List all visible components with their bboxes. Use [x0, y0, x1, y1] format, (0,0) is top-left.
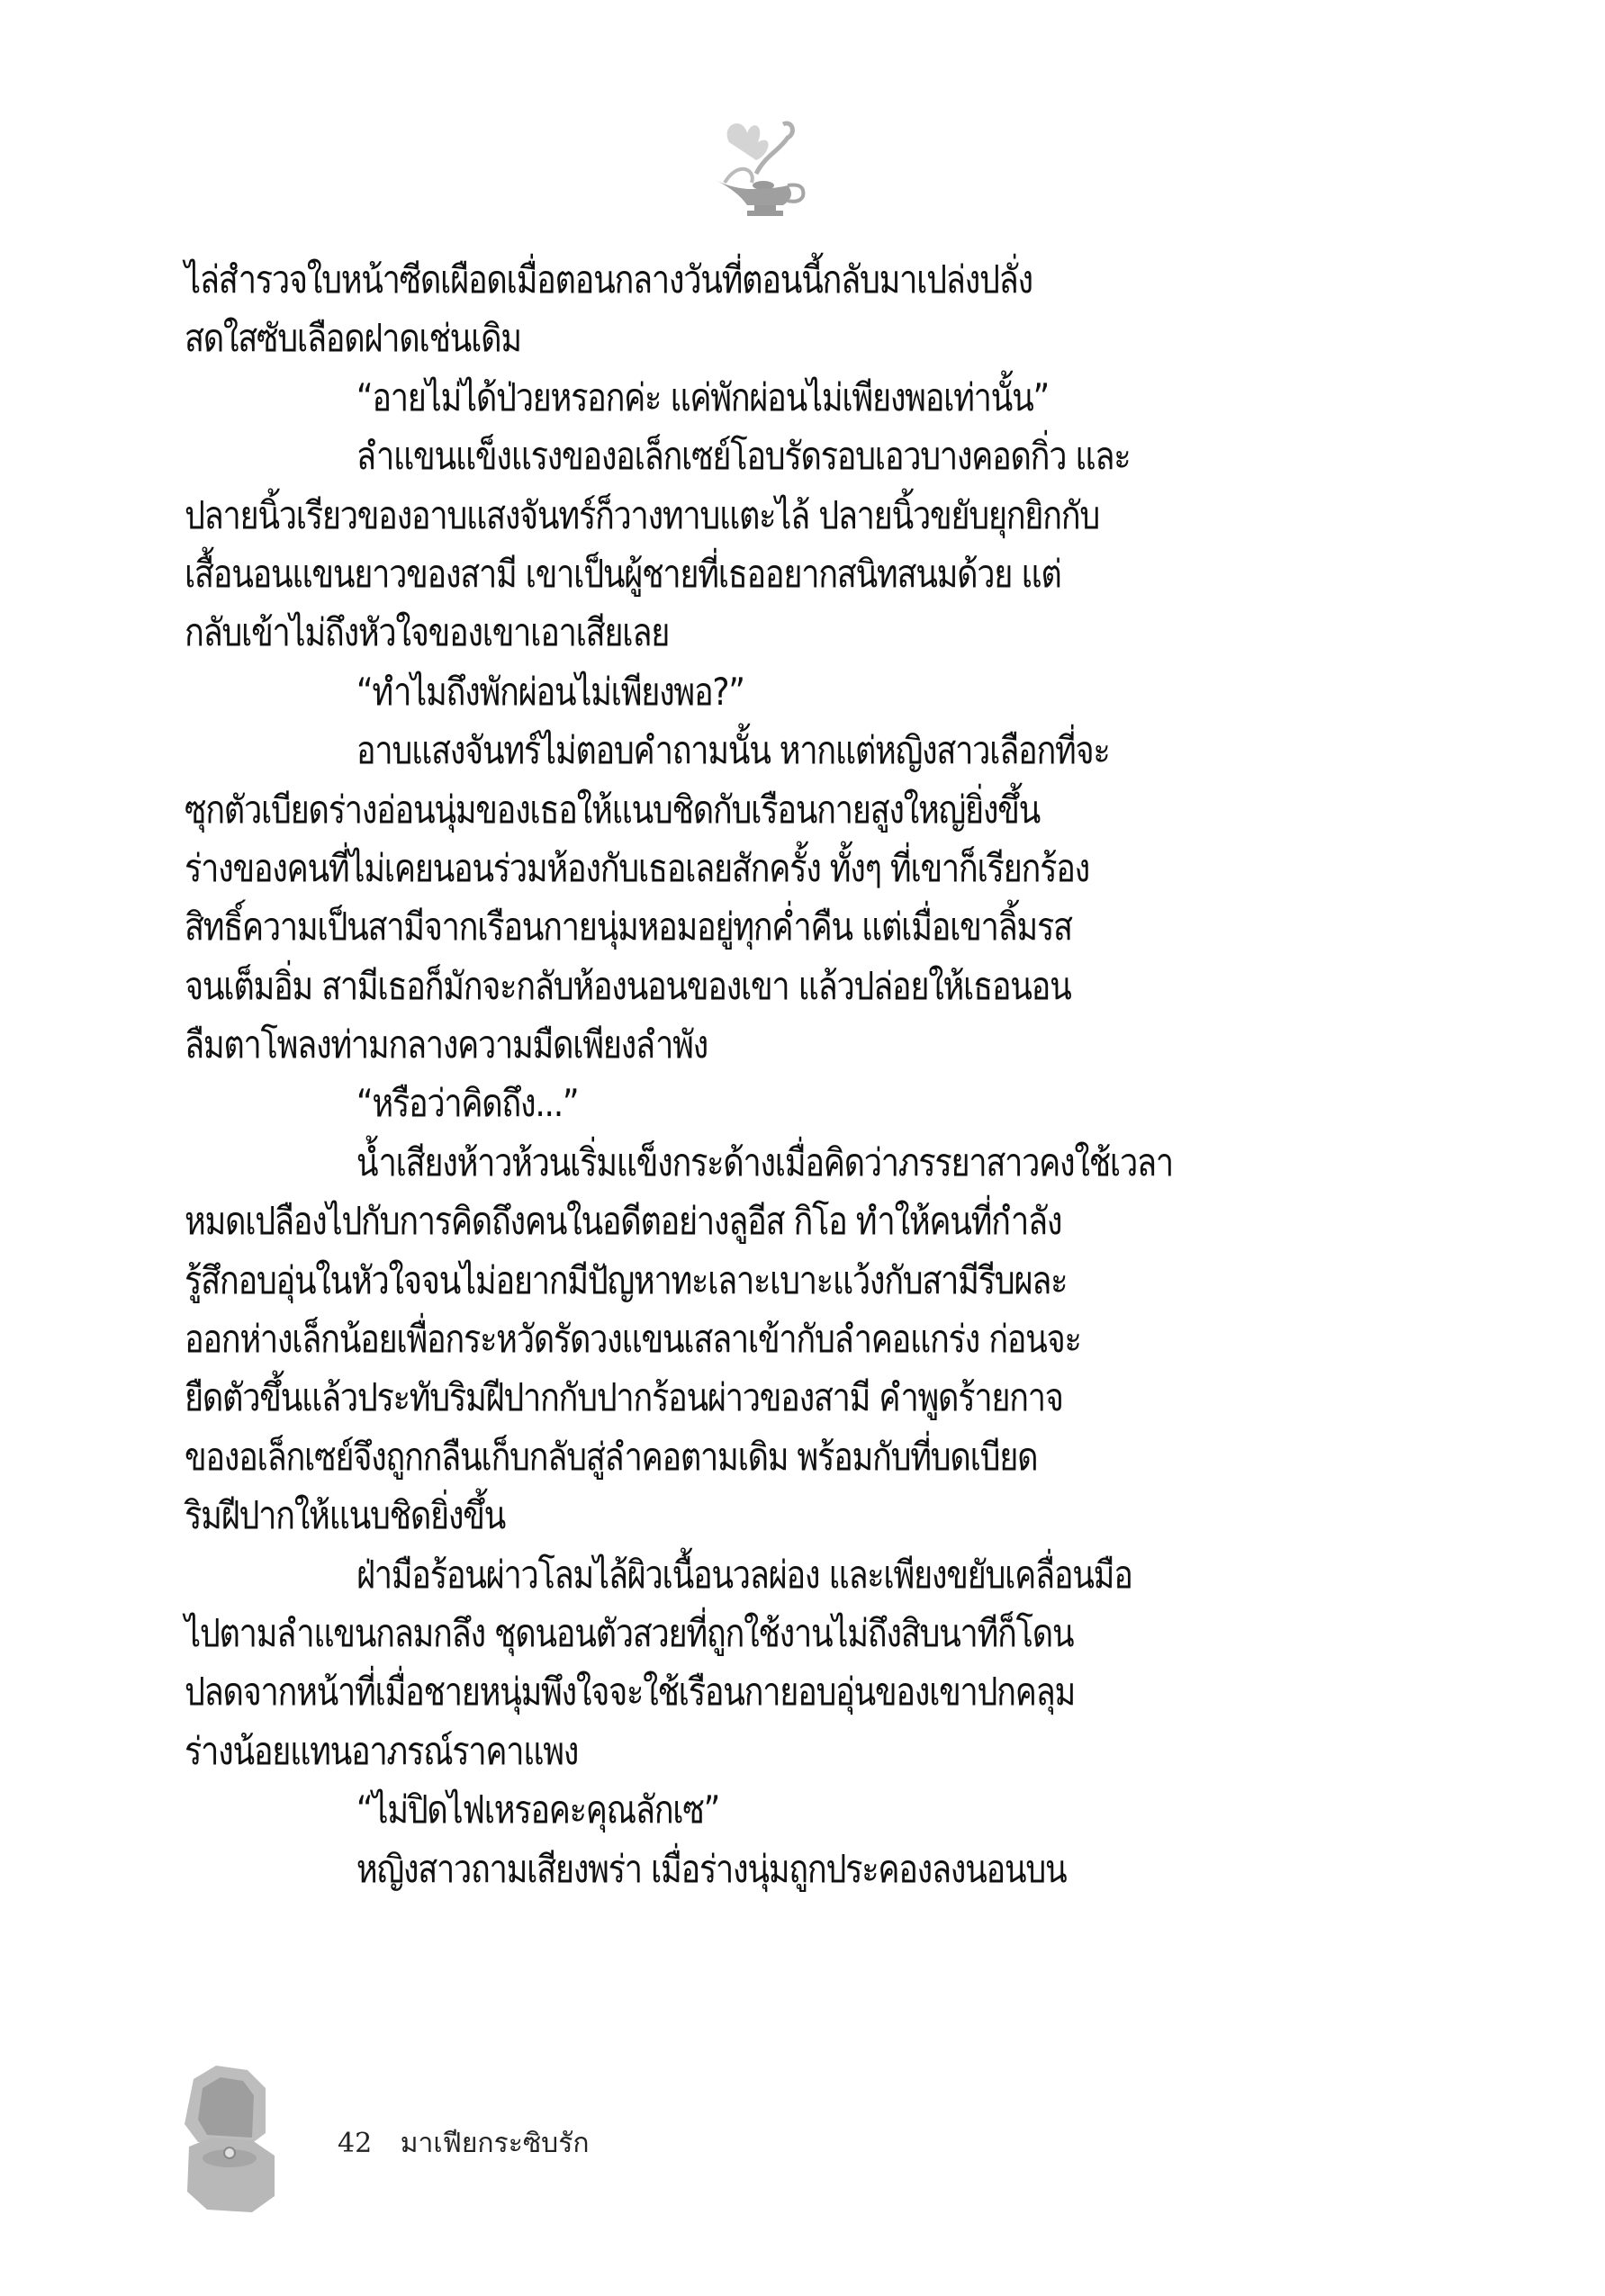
magic-lamp-icon — [702, 106, 819, 223]
ring-box-icon — [180, 2061, 279, 2214]
text-line: ลำแขนแข็งแรงของอเล็กเซย์โอบรัดรอบเอวบางค… — [185, 427, 1176, 485]
text-line: สิทธิ์ความเป็นสามีจากเรือนกายนุ่มหอมอยู่… — [185, 897, 1176, 956]
dialogue-line: “หรือว่าคิดถึง...” — [185, 1074, 1176, 1132]
text-line: ของอเล็กเซย์จึงถูกกลืนเก็บกลับสู่ลำคอตาม… — [185, 1427, 1176, 1486]
text-line: อาบแสงจันทร์ไม่ตอบคำถามนั้น หากแต่หญิงสา… — [185, 721, 1176, 779]
text-line: ออกห่างเล็กน้อยเพื่อกระหวัดรัดวงแขนเสลาเ… — [185, 1310, 1176, 1368]
page-number: 42 — [338, 2128, 372, 2159]
text-line: ยืดตัวขึ้นแล้วประทับริมฝีปากกับปากร้อนผ่… — [185, 1368, 1176, 1427]
text-line: ริมฝีปากให้แนบชิดยิ่งขึ้น — [185, 1486, 1176, 1544]
text-line: ซุกตัวเบียดร่างอ่อนนุ่มของเธอให้แนบชิดกั… — [185, 780, 1176, 839]
text-line: เสื้อนอนแขนยาวของสามี เขาเป็นผู้ชายที่เธ… — [185, 545, 1176, 603]
text-line: ปลดจากหน้าที่เมื่อชายหนุ่มพึงใจจะใช้เรือ… — [185, 1662, 1176, 1721]
book-title: มาเฟียกระซิบรัก — [401, 2128, 590, 2159]
text-line: จนเต็มอิ่ม สามีเธอก็มักจะกลับห้องนอนของเ… — [185, 957, 1176, 1015]
text-line: ลืมตาโพลงท่ามกลางความมืดเพียงลำพัง — [185, 1015, 1176, 1074]
text-line: ร่างน้อยแทนอาภรณ์ราคาแพง — [185, 1722, 1176, 1780]
text-line: หญิงสาวถามเสียงพร่า เมื่อร่างนุ่มถูกประค… — [185, 1840, 1176, 1898]
dialogue-line: “อายไม่ได้ป่วยหรอกค่ะ แค่พักผ่อนไม่เพียง… — [185, 368, 1176, 427]
text-line: ไล่สำรวจใบหน้าซีดเผือดเมื่อตอนกลางวันที่… — [185, 250, 1337, 309]
text-line: ปลายนิ้วเรียวของอาบแสงจันทร์ก็วางทาบแตะไ… — [185, 486, 1176, 545]
text-line: สดใสซับเลือดฝาดเช่นเดิม — [185, 309, 1176, 367]
text-line: ฝ่ามือร้อนผ่าวโลมไล้ผิวเนื้อนวลผ่อง และเ… — [185, 1545, 1176, 1604]
footer-text: 42 มาเฟียกระซิบรัก — [338, 2122, 590, 2165]
dialogue-line: “ไม่ปิดไฟเหรอคะคุณลักเซ” — [185, 1780, 1176, 1839]
text-line: กลับเข้าไม่ถึงหัวใจของเขาเอาเสียเลย — [185, 603, 1176, 662]
dialogue-line: “ทำไมถึงพักผ่อนไม่เพียงพอ?” — [185, 662, 1176, 721]
text-line: หมดเปลืองไปกับการคิดถึงคนในอดีตอย่างลูอี… — [185, 1192, 1176, 1250]
text-line: ร่างของคนที่ไม่เคยนอนร่วมห้องกับเธอเลยสั… — [185, 839, 1176, 897]
page-footer: 42 มาเฟียกระซิบรัก — [180, 2061, 810, 2205]
book-page: ไล่สำรวจใบหน้าซีดเผือดเมื่อตอนกลางวันที่… — [0, 0, 1605, 2296]
text-line: น้ำเสียงห้าวห้วนเริ่มแข็งกระด้างเมื่อคิด… — [185, 1133, 1176, 1192]
text-line: รู้สึกอบอุ่นในหัวใจจนไม่อยากมีปัญหาทะเลา… — [185, 1251, 1176, 1310]
text-line: ไปตามลำแขนกลมกลึง ชุดนอนตัวสวยที่ถูกใช้ง… — [185, 1604, 1176, 1662]
body-text: ไล่สำรวจใบหน้าซีดเผือดเมื่อตอนกลางวันที่… — [185, 250, 1176, 1898]
